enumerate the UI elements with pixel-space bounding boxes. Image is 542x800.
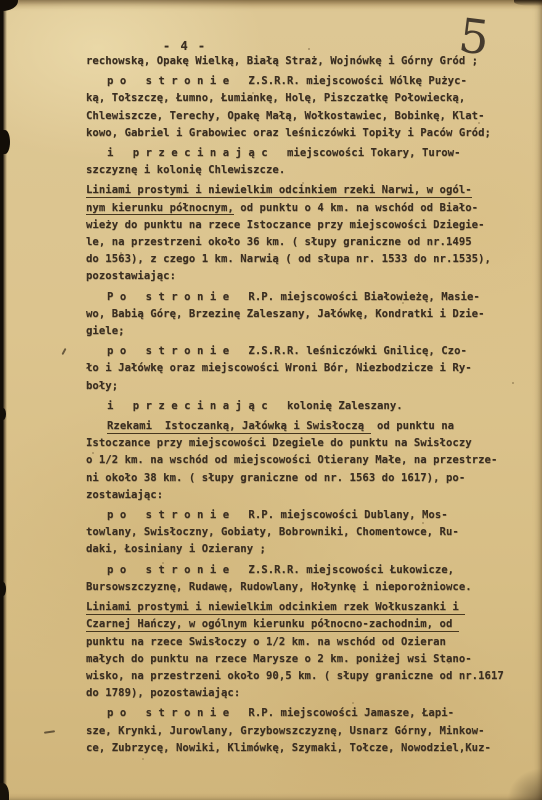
text-segment: szczyznę i kolonię Chlewiszcze. [86,164,285,176]
paragraph: Liniami prostymi i niewielkim odcinkiem … [86,182,532,285]
underlined-text: Liniami prostymi i niewielkim odcinkiem … [86,601,465,615]
scan-corner-bottom-left [0,783,9,800]
scan-edge-blot [0,582,6,596]
text-line: i p r z e c i n a j ą c miejscowości Tok… [86,145,532,162]
text-line: ce, Zubrzycę, Nowiki, Klimówkę, Szymaki,… [86,740,532,757]
scan-corner-bottom-right [496,758,542,800]
text-segment: ni około 38 km. ( słupy graniczne od nr.… [86,472,465,484]
text-segment: P o s t r o n i e R.P. miejscowości Biał… [107,291,480,303]
text-segment: giele; [86,325,125,337]
paragraph: p o s t r o n i e Z.S.R.R. miejscowości … [86,562,532,596]
paragraph: i p r z e c i n a j ą c miejscowości Tok… [86,145,532,179]
text-segment: punktu na rzece Swisłoczy o 1/2 km. na w… [86,636,446,648]
text-segment: sze, Krynki, Jurowlany, Grzybowszczyznę,… [86,725,485,737]
scan-corner-top-left [0,0,18,11]
underlined-text: nym kierunku północnym, [86,202,234,216]
text-line: do 1563), z czego 1 km. Narwią ( od słup… [86,251,532,268]
text-segment: małych do punktu na rzece Marysze o 2 km… [86,653,472,665]
text-line: małych do punktu na rzece Marysze o 2 km… [86,651,532,668]
scan-edge-left [0,0,7,800]
paragraph: p o s t r o n i e R.P. miejscowości Jama… [86,705,532,757]
text-line: o 1/2 km. na wschód od miejscowości Otie… [86,452,532,469]
text-line: rechowską, Opakę Wielką, Białą Straż, Wo… [86,53,532,70]
text-line: le, na przestrzeni około 36 km. ( słupy … [86,234,532,251]
text-line: do 1789), pozostawiając: [86,685,532,702]
ink-fleck [44,730,55,734]
text-segment: od punktu o 4 km. na wschód od Biało- [234,202,478,214]
scan-corner-top-right [514,0,542,6]
typed-page-number: - 4 - [163,39,207,53]
text-line: Czarnej Hańczy, w ogólnym kierunku półno… [86,616,532,633]
text-line: ni około 38 km. ( słupy graniczne od nr.… [86,470,532,487]
text-segment: wo, Babią Górę, Brzezinę Zaleszany, Jałó… [86,308,485,320]
text-line: Liniami prostymi i niewielkim odcinkiem … [86,599,532,616]
text-segment: kowo, Gabriel i Grabowiec oraz leśniczów… [86,127,491,139]
text-line: i p r z e c i n a j ą c kolonię Zaleszan… [86,398,532,415]
text-line: nym kierunku północnym, od punktu o 4 km… [86,200,532,217]
text-line: pozostawiając: [86,268,532,285]
paragraph: p o s t r o n i e Z.S.R.R. miejscowości … [86,73,532,142]
text-segment: i p r z e c i n a j ą c kolonię Zaleszan… [107,400,403,412]
text-segment: ce, Zubrzycę, Nowiki, Klimówkę, Szymaki,… [86,742,491,754]
text-segment: daki, Łosiniany i Ozierany ; [86,543,266,555]
text-line: kowo, Gabriel i Grabowiec oraz leśniczów… [86,125,532,142]
text-line: szczyznę i kolonię Chlewiszcze. [86,162,532,179]
text-segment: boły; [86,380,118,392]
text-segment: p o s t r o n i e R.P. miejscowości Jama… [107,707,454,719]
underlined-text: Rzekami Istoczanką, Jałówką i Swisłoczą [107,420,371,434]
text-line: punktu na rzece Swisłoczy o 1/2 km. na w… [86,634,532,651]
text-line: sze, Krynki, Jurowlany, Grzybowszczyznę,… [86,723,532,740]
text-segment: zostawiając: [86,489,163,501]
text-segment: i p r z e c i n a j ą c miejscowości Tok… [107,147,461,159]
text-segment: le, na przestrzeni około 36 km. ( słupy … [86,236,472,248]
text-segment: rechowską, Opakę Wielką, Białą Straż, Wo… [86,55,478,67]
text-line: p o s t r o n i e Z.S.R.R. miejscowości … [86,562,532,579]
text-segment: wieży do punktu na rzece Istoczance przy… [86,219,485,231]
text-segment: o 1/2 km. na wschód od miejscowości Otie… [86,454,497,466]
paragraph: Rzekami Istoczanką, Jałówką i Swisłoczą … [86,418,532,504]
text-line: Istoczance przy miejscowości Dzegiele do… [86,435,532,452]
text-line: towlany, Swisłoczny, Gobiaty, Bobrowniki… [86,524,532,541]
paragraph: i p r z e c i n a j ą c kolonię Zaleszan… [86,398,532,415]
ink-fleck [61,348,66,355]
text-line: ło i Jałówkę oraz miejscowości Wroni Bór… [86,360,532,377]
text-segment: Chlewiszcze, Terechy, Opakę Małą, Wołkos… [86,110,485,122]
text-line: wo, Babią Górę, Brzezinę Zaleszany, Jałó… [86,306,532,323]
paragraph: P o s t r o n i e R.P. miejscowości Biał… [86,289,532,341]
scan-edge-blot [0,408,6,420]
text-line: wieży do punktu na rzece Istoczance przy… [86,217,532,234]
text-line: Liniami prostymi i niewielkim odcinkiem … [86,182,532,199]
text-line: wisko, na przestrzeni około 90,5 km. ( s… [86,668,532,685]
text-segment: do 1789), pozostawiając: [86,687,240,699]
underlined-text: Liniami prostymi i niewielkim odcinkiem … [86,184,472,198]
text-line: Rzekami Istoczanką, Jałówką i Swisłoczą … [86,418,532,435]
text-line: p o s t r o n i e Z.S.R.R. miejscowości … [86,73,532,90]
text-line: zostawiając: [86,487,532,504]
text-line: daki, Łosiniany i Ozierany ; [86,541,532,558]
text-line: p o s t r o n i e Z.S.R.R. leśniczówki G… [86,343,532,360]
document-body: rechowską, Opakę Wielką, Białą Straż, Wo… [86,53,532,757]
text-line: ką, Tołszczę, Łumno, Łumiankę, Holę, Pis… [86,90,532,107]
text-line: Chlewiszcze, Terechy, Opakę Małą, Wołkos… [86,108,532,125]
paragraph: Liniami prostymi i niewielkim odcinkiem … [86,599,532,702]
text-segment: p o s t r o n i e R.P. miejscowości Dubl… [107,509,448,521]
text-segment: p o s t r o n i e Z.S.R.R. leśniczówki G… [107,345,467,357]
paragraph: p o s t r o n i e Z.S.R.R. leśniczówki G… [86,343,532,395]
underlined-text: Czarnej Hańczy, w ogólnym kierunku półno… [86,618,459,632]
paper-speckles [0,0,2,2]
text-line: giele; [86,323,532,340]
paragraph: p o s t r o n i e R.P. miejscowości Dubl… [86,507,532,559]
text-segment: Bursowszczyznę, Rudawę, Rudowlany, Hołyn… [86,581,472,593]
text-line: P o s t r o n i e R.P. miejscowości Biał… [86,289,532,306]
text-segment: ło i Jałówkę oraz miejscowości Wroni Bór… [86,362,472,374]
text-line: Bursowszczyznę, Rudawę, Rudowlany, Hołyn… [86,579,532,596]
text-line: p o s t r o n i e R.P. miejscowości Jama… [86,705,532,722]
paragraph: rechowską, Opakę Wielką, Białą Straż, Wo… [86,53,532,70]
text-line: boły; [86,378,532,395]
text-segment: do 1563), z czego 1 km. Narwią ( od słup… [86,253,491,265]
text-line: p o s t r o n i e R.P. miejscowości Dubl… [86,507,532,524]
text-segment: Istoczance przy miejscowości Dzegiele do… [86,437,472,449]
text-segment: pozostawiając: [86,270,176,282]
scan-edge-blot [0,130,10,154]
text-segment: wisko, na przestrzeni około 90,5 km. ( s… [86,670,504,682]
text-segment: p o s t r o n i e Z.S.R.R. miejscowości … [107,75,467,87]
text-segment: ką, Tołszczę, Łumno, Łumiankę, Holę, Pis… [86,92,465,104]
text-segment: od punktu na [371,420,455,432]
text-segment: towlany, Swisłoczny, Gobiaty, Bobrowniki… [86,526,459,538]
scanned-page: - 4 - 5 rechowską, Opakę Wielką, Białą S… [0,0,542,800]
text-segment: p o s t r o n i e Z.S.R.R. miejscowości … [107,564,454,576]
